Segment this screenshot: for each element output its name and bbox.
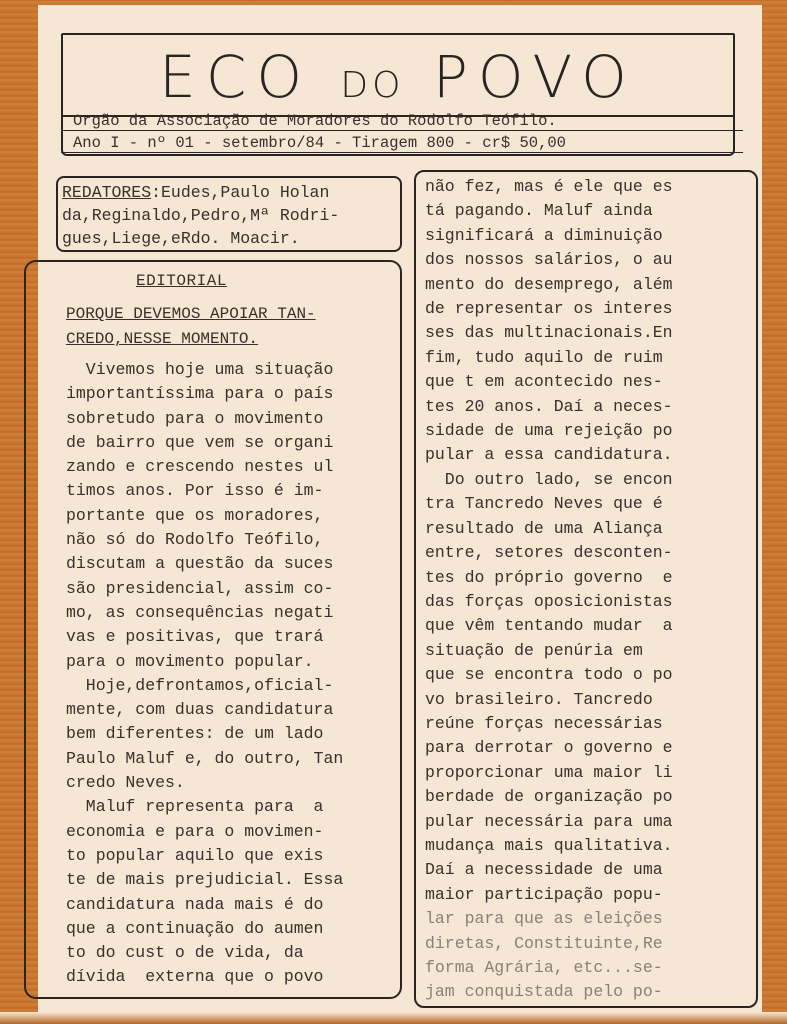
text-line: para o movimento popular. [66,652,314,671]
text-line: não fez, mas é ele que es [425,177,673,196]
text-line: economia e para o movimen- [66,822,323,841]
text-line: para derrotar o governo e [425,738,673,757]
text-line: to popular aquilo que exis [66,846,323,865]
text-line: proporcionar uma maior li [425,763,673,782]
continuation-body: não fez, mas é ele que es tá pagando. Ma… [425,175,673,1005]
editorial-continuation-box: não fez, mas é ele que es tá pagando. Ma… [414,170,758,1008]
text-line: to do cust o de vida, da [66,943,304,962]
text-line: jam conquistada pelo po- [425,982,663,1001]
text-line: entre, setores desconten- [425,543,673,562]
text-line: tes 20 anos. Daí a neces- [425,397,673,416]
text-line: são presidencial, assim co- [66,579,333,598]
title-do: DO [340,65,404,106]
text-line: Maluf representa para a [66,797,323,816]
text-line: tra Tancredo Neves que é [425,494,663,513]
text-line: forma Agrária, etc...se- [425,958,663,977]
text-line: ses das multinacionais.En [425,323,673,342]
text-line: pular necessária para uma [425,812,673,831]
title-povo: POVO [433,43,637,111]
text-line: diretas, Constituinte,Re [425,934,663,953]
issue-line: Ano I - nº 01 - setembro/84 - Tiragem 80… [61,134,743,153]
text-line: discutam a questão da suces [66,554,333,573]
text-line: CREDO,NESSE MOMENTO. [66,330,258,348]
text-line: Paulo Maluf e, do outro, Tan [66,749,343,768]
text-line: tá pagando. Maluf ainda [425,201,653,220]
text-line: Hoje,defrontamos,oficial- [66,676,333,695]
text-line: que vêm tentando mudar a [425,616,673,635]
text-line: mudança mais qualitativa. [425,836,673,855]
text-line: da,Reginaldo,Pedro,Mª Rodri- [62,206,339,225]
text-line: credo Neves. [66,773,185,792]
text-line: portante que os moradores, [66,506,323,525]
text-line: não só do Rodolfo Teófilo, [66,530,323,549]
text-line: PORQUE DEVEMOS APOIAR TAN- [66,305,316,323]
text-line: dos nossos salários, o au [425,250,673,269]
text-line: berdade de organização po [425,787,673,806]
text-line: dívida externa que o povo [66,967,323,986]
text-line: sidade de uma rejeição po [425,421,673,440]
text-line: gues,Liege,eRdo. Moacir. [62,229,300,248]
text-line: pular a essa candidatura. [425,445,673,464]
text-line: significará a diminuição [425,226,663,245]
text-line: Do outro lado, se encon [425,470,673,489]
text-line: mente, com duas candidatura [66,700,333,719]
text-line: que se encontra todo o po [425,665,673,684]
text-line: mento do desemprego, além [425,275,673,294]
masthead-subtitle: Orgão da Associação de Moradores do Rodo… [61,112,743,131]
text-line: resultado de uma Aliança [425,519,663,538]
text-line: de bairro que vem se organi [66,433,333,452]
text-line: :Eudes,Paulo Holan [151,183,329,202]
text-line: te de mais prejudicial. Essa [66,870,343,889]
text-line: lar para que as eleições [425,909,663,928]
text-line: que t em acontecido nes- [425,372,663,391]
text-line: zando e crescendo nestes ul [66,457,333,476]
text-line: Vivemos hoje uma situação [66,360,333,379]
masthead: ECO DO POVO [61,33,735,117]
text-line: tes do próprio governo e [425,568,673,587]
redatores-box: REDATORES:Eudes,Paulo Holan da,Reginaldo… [56,176,402,252]
text-line: candidatura nada mais é do [66,895,323,914]
text-line: maior participação popu- [425,885,663,904]
text-line: Daí a necessidade de uma [425,860,663,879]
text-line: bem diferentes: de um lado [66,724,323,743]
text-line: vo brasileiro. Tancredo [425,690,653,709]
redatores-label: REDATORES [62,183,151,202]
text-line: fim, tudo aquilo de ruim [425,348,663,367]
text-line: de representar os interes [425,299,673,318]
editorial-headline: PORQUE DEVEMOS APOIAR TAN- CREDO,NESSE M… [66,302,316,352]
text-line: das forças oposicionistas [425,592,673,611]
text-line: timos anos. Por isso é im- [66,481,323,500]
text-line: situação de penúria em [425,641,643,660]
redatores-text: REDATORES:Eudes,Paulo Holan da,Reginaldo… [62,181,339,250]
text-line: reúne forças necessárias [425,714,663,733]
editorial-box: EDITORIAL PORQUE DEVEMOS APOIAR TAN- CRE… [24,260,402,999]
editorial-section-label: EDITORIAL [136,272,227,290]
paper-edge [0,1012,787,1024]
text-line: mo, as consequências negati [66,603,333,622]
editorial-body: Vivemos hoje uma situação importantíssim… [66,358,343,990]
text-line: que a continuação do aumen [66,919,323,938]
text-line: sobretudo para o movimento [66,409,323,428]
text-line: vas e positivas, que trará [66,627,323,646]
newspaper-title: ECO DO POVO [63,43,733,111]
title-eco: ECO [159,43,312,111]
text-line: importantíssima para o país [66,384,333,403]
